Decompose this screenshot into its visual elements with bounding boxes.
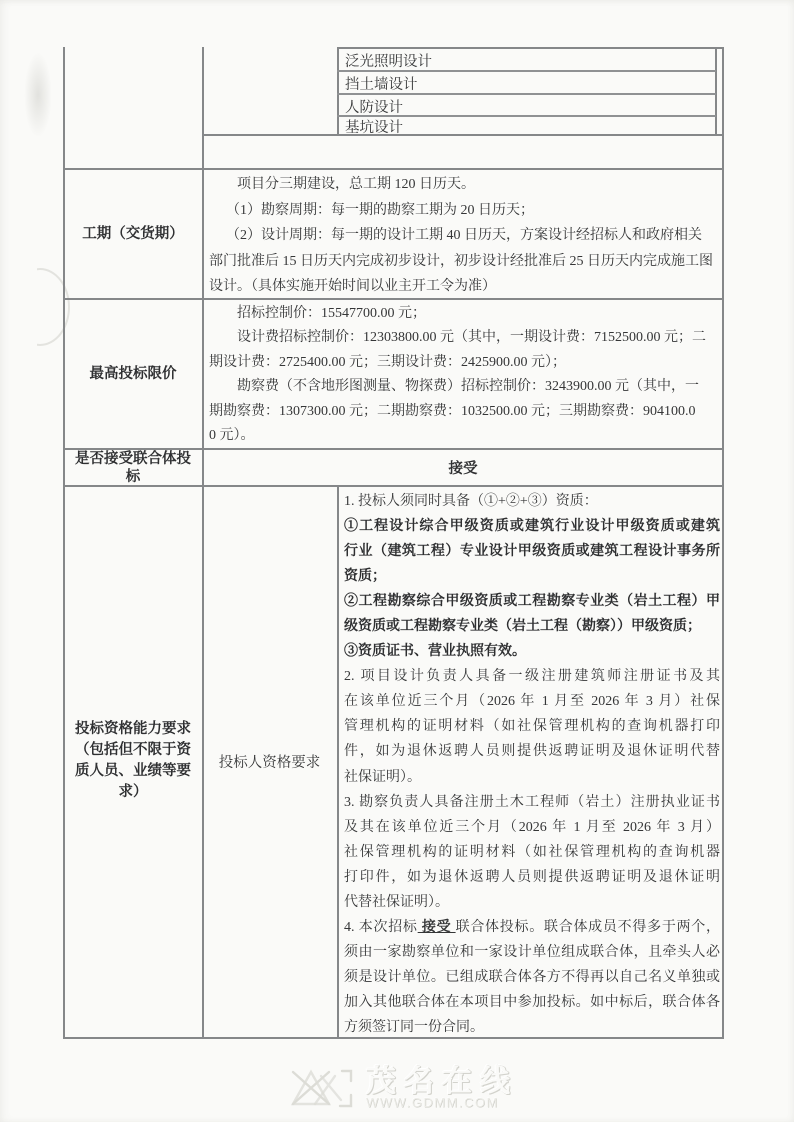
max-price-row-label: 最高投标限价 [64, 300, 202, 448]
text-line: 方须签订同一份合同。 [344, 1015, 720, 1040]
text-line: ③资质证书、营业执照有效。 [344, 639, 720, 664]
text-line: ②工程勘察综合甲级资质或工程勘察专业类（岩土工程）甲 [344, 589, 720, 614]
text-line: 期勘察费：1307300.00 元；二期勘察费：1032500.00 元；三期勘… [209, 400, 718, 424]
qualification-row-label: 投标资格能力要求（包括但不限于资质人员、业绩等要求） [64, 487, 202, 1035]
text-line: 加入其他联合体在本项目中参加投标。如中标后，联合体各 [344, 990, 720, 1015]
consortium-accept-value: 接受 [204, 450, 722, 485]
text-line: ①工程设计综合甲级资质或建筑行业设计甲级资质或建筑 [344, 514, 720, 539]
design-item: 基坑设计 [338, 117, 715, 136]
qualification-text-block: 1. 投标人须同时具备（①+②+③）资质：①工程设计综合甲级资质或建筑行业设计甲… [344, 489, 720, 1040]
scanned-tender-document-page: 泛光照明设计挡土墙设计人防设计基坑设计 工期（交货期） 项目分三期建设，总工期 … [0, 0, 794, 1122]
text-line: 须由一家勘察单位和一家设计单位组成联合体，且牵头人必 [344, 940, 720, 965]
text-line: 管理机构的证明材料（如社保管理机构的查询机器打印 [344, 714, 720, 739]
text-line: 2. 项目设计负责人具备一级注册建筑师注册证书及其 [344, 664, 720, 689]
text-line: 1. 投标人须同时具备（①+②+③）资质： [344, 489, 720, 514]
text-line: 社保管理机构的证明材料（如社保管理机构的查询机器 [344, 840, 720, 865]
text-line: 期设计费：2725400.00 元；三期设计费：2425900.00 元）； [209, 351, 718, 375]
max-price-text-block: 招标控制价：15547700.00 元；设计费招标控制价：12303800.00… [209, 302, 718, 448]
watermark-logo-icon [290, 1066, 354, 1110]
text-line: （2）设计周期：每一期的设计工期 40 日历天，方案设计经招标人和政府相关 [209, 223, 718, 249]
text-line: 打印件，如为退休返聘人员则提供返聘证明及退休证明 [344, 865, 720, 890]
text-line: 项目分三期建设，总工期 120 日历天。 [209, 172, 718, 198]
text-line: 设计费招标控制价：12303800.00 元（其中，一期设计费：7152500.… [209, 326, 718, 350]
watermark-url-text: WWW.GDMM.COM [366, 1095, 499, 1110]
text-line: 资质； [344, 564, 720, 589]
text-segment: 4. 本次招标 [344, 920, 418, 935]
text-line: 4. 本次招标 接受 联合体投标。联合体成员不得多于两个， [344, 915, 720, 940]
design-item: 人防设计 [338, 95, 715, 117]
text-line: 及其在该单位近三个月（2026 年 1 月至 2026 年 3 月） [344, 815, 720, 840]
text-line: 部门批准后 15 日历天内完成初步设计，初步设计经批准后 25 日历天内完成施工… [209, 249, 718, 275]
text-line: 3. 勘察负责人具备注册土木工程师（岩土）注册执业证书 [344, 790, 720, 815]
text-line: 行业（建筑工程）专业设计甲级资质或建筑工程设计事务所 [344, 539, 720, 564]
text-line: 须是设计单位。已组成联合体各方不得再以自己名义单独或 [344, 965, 720, 990]
site-watermark: 茂名在线 WWW.GDMM.COM [290, 1066, 518, 1110]
text-line: （1）勘察周期：每一期的勘察工期为 20 日历天； [209, 198, 718, 224]
duration-text-block: 项目分三期建设，总工期 120 日历天。（1）勘察周期：每一期的勘察工期为 20… [209, 172, 718, 300]
design-item: 挡土墙设计 [338, 72, 715, 95]
scan-smudge-artifact [24, 52, 52, 138]
text-line: 勘察费（不含地形图测量、物探费）招标控制价：3243900.00 元（其中，一 [209, 375, 718, 399]
text-line: 在该单位近三个月（2026 年 1 月至 2026 年 3 月）社保 [344, 689, 720, 714]
table-right-border [722, 47, 724, 1037]
subtable-right-border [715, 47, 717, 134]
text-line: 0 元）。 [209, 424, 718, 448]
duration-row-label: 工期（交货期） [64, 170, 202, 298]
text-segment: 联合体投标。联合体成员不得多于两个， [456, 920, 720, 935]
watermark-brand-text: 茂名在线 [366, 1067, 518, 1097]
design-item: 泛光照明设计 [338, 49, 715, 72]
consortium-row-label: 是否接受联合体投标 [64, 450, 202, 485]
text-line: 件，如为退休返聘人员则提供返聘证明及退休证明代替 [344, 739, 720, 764]
text-line: 级资质或工程勘察专业类（岩土工程（勘察））甲级资质； [344, 614, 720, 639]
text-line: 招标控制价：15547700.00 元； [209, 302, 718, 326]
scan-circle-artifact [10, 268, 70, 346]
text-line: 代替社保证明）。 [344, 890, 720, 915]
text-line: 社保证明）。 [344, 765, 720, 790]
qualification-sub-label: 投标人资格要求 [204, 487, 335, 1035]
accept-underlined-text: 接受 [418, 920, 456, 935]
text-line: 设计。（具体实施开始时间以业主开工令为准） [209, 274, 718, 300]
design-items-list: 泛光照明设计挡土墙设计人防设计基坑设计 [338, 49, 715, 136]
column-divider-2-bottom [337, 485, 339, 1037]
